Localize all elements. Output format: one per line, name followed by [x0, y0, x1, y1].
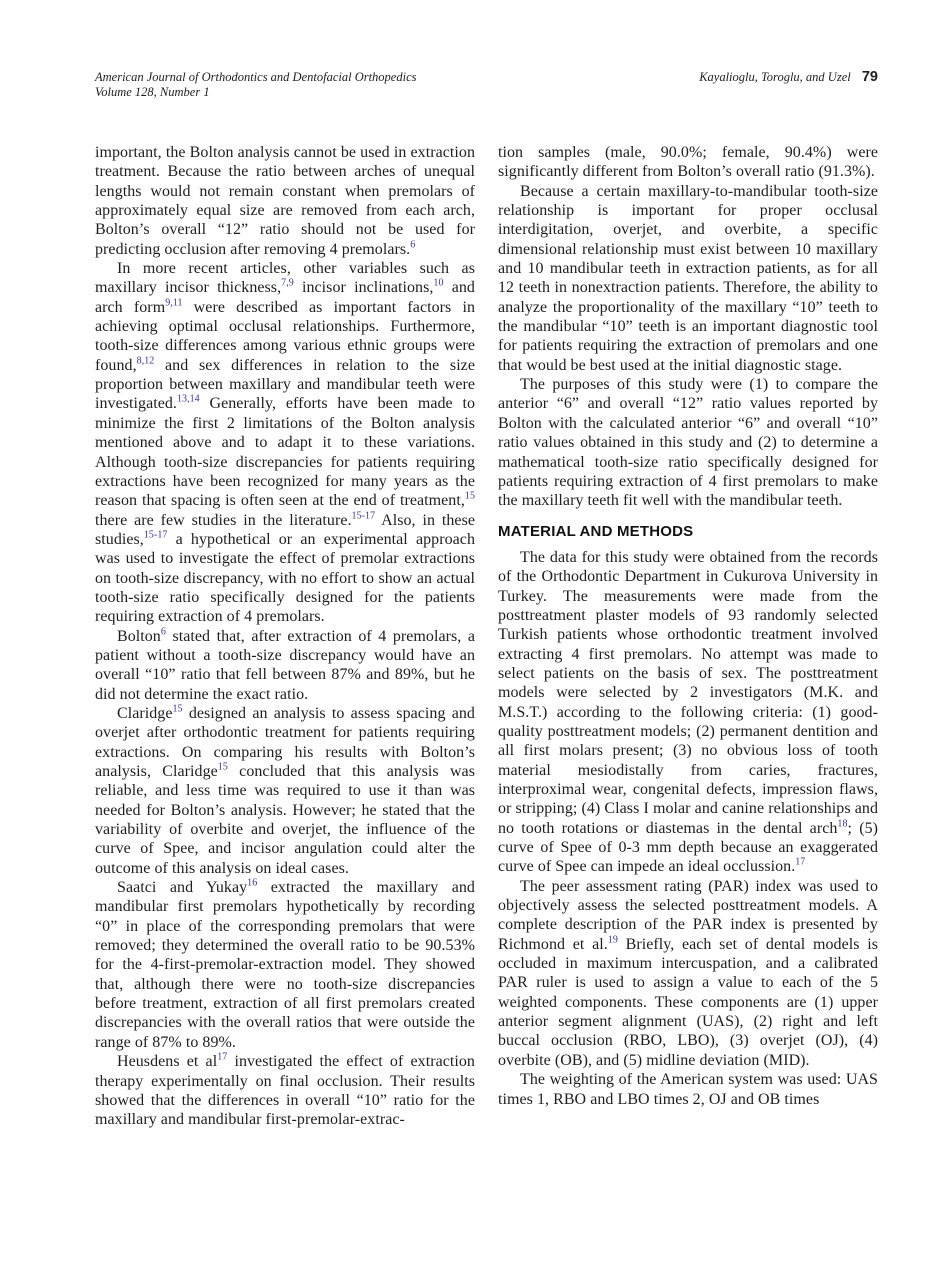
reference-link[interactable]: 18 — [837, 818, 847, 829]
running-authors: Kayalioglu, Toroglu, and Uzel — [699, 70, 851, 84]
text-column-left: important, the Bolton analysis cannot be… — [95, 143, 475, 1130]
paragraph: Because a certain maxillary-to-mandibula… — [498, 182, 878, 375]
reference-link[interactable]: 9,11 — [165, 297, 182, 308]
section-heading-material-and-methods: MATERIAL AND METHODS — [498, 522, 878, 541]
paragraph: The peer assessment rating (PAR) index w… — [498, 877, 878, 1070]
journal-page: American Journal of Orthodontics and Den… — [0, 0, 950, 1272]
paragraph: tion samples (male, 90.0%; female, 90.4%… — [498, 143, 878, 182]
reference-link[interactable]: 15 — [465, 491, 475, 502]
journal-title: American Journal of Orthodontics and Den… — [95, 70, 417, 85]
reference-link[interactable]: 17 — [217, 1052, 227, 1063]
paragraph: important, the Bolton analysis cannot be… — [95, 143, 475, 259]
reference-link[interactable]: 8,12 — [137, 355, 155, 366]
reference-link[interactable]: 6 — [161, 626, 166, 637]
reference-link[interactable]: 15 — [218, 762, 228, 773]
paragraph: The data for this study were obtained fr… — [498, 548, 878, 877]
reference-link[interactable]: 15-17 — [352, 510, 376, 521]
page-number: 79 — [862, 69, 878, 85]
paragraph: Claridge15 designed an analysis to asses… — [95, 704, 475, 878]
volume-info: Volume 128, Number 1 — [95, 85, 417, 100]
reference-link[interactable]: 13,14 — [177, 394, 200, 405]
paragraph: The purposes of this study were (1) to c… — [498, 375, 878, 510]
article-body: important, the Bolton analysis cannot be… — [95, 143, 878, 1130]
reference-link[interactable]: 19 — [608, 934, 618, 945]
reference-link[interactable]: 6 — [410, 239, 415, 250]
reference-link[interactable]: 15 — [173, 704, 183, 715]
running-header-right: Kayalioglu, Toroglu, and Uzel 79 — [699, 70, 878, 85]
paragraph: The weighting of the American system was… — [498, 1070, 878, 1109]
paragraph: Heusdens et al17 investigated the effect… — [95, 1052, 475, 1129]
reference-link[interactable]: 15-17 — [144, 530, 168, 541]
reference-link[interactable]: 16 — [247, 878, 257, 889]
paragraph: Saatci and Yukay16 extracted the maxilla… — [95, 878, 475, 1052]
paragraph: Bolton6 stated that, after extraction of… — [95, 627, 475, 704]
running-header: American Journal of Orthodontics and Den… — [95, 70, 878, 100]
reference-link[interactable]: 7,9 — [281, 278, 294, 289]
reference-link[interactable]: 10 — [433, 278, 443, 289]
text-column-right: tion samples (male, 90.0%; female, 90.4%… — [498, 143, 878, 1130]
paragraph: In more recent articles, other variables… — [95, 259, 475, 627]
running-header-left: American Journal of Orthodontics and Den… — [95, 70, 417, 100]
reference-link[interactable]: 17 — [795, 857, 805, 868]
